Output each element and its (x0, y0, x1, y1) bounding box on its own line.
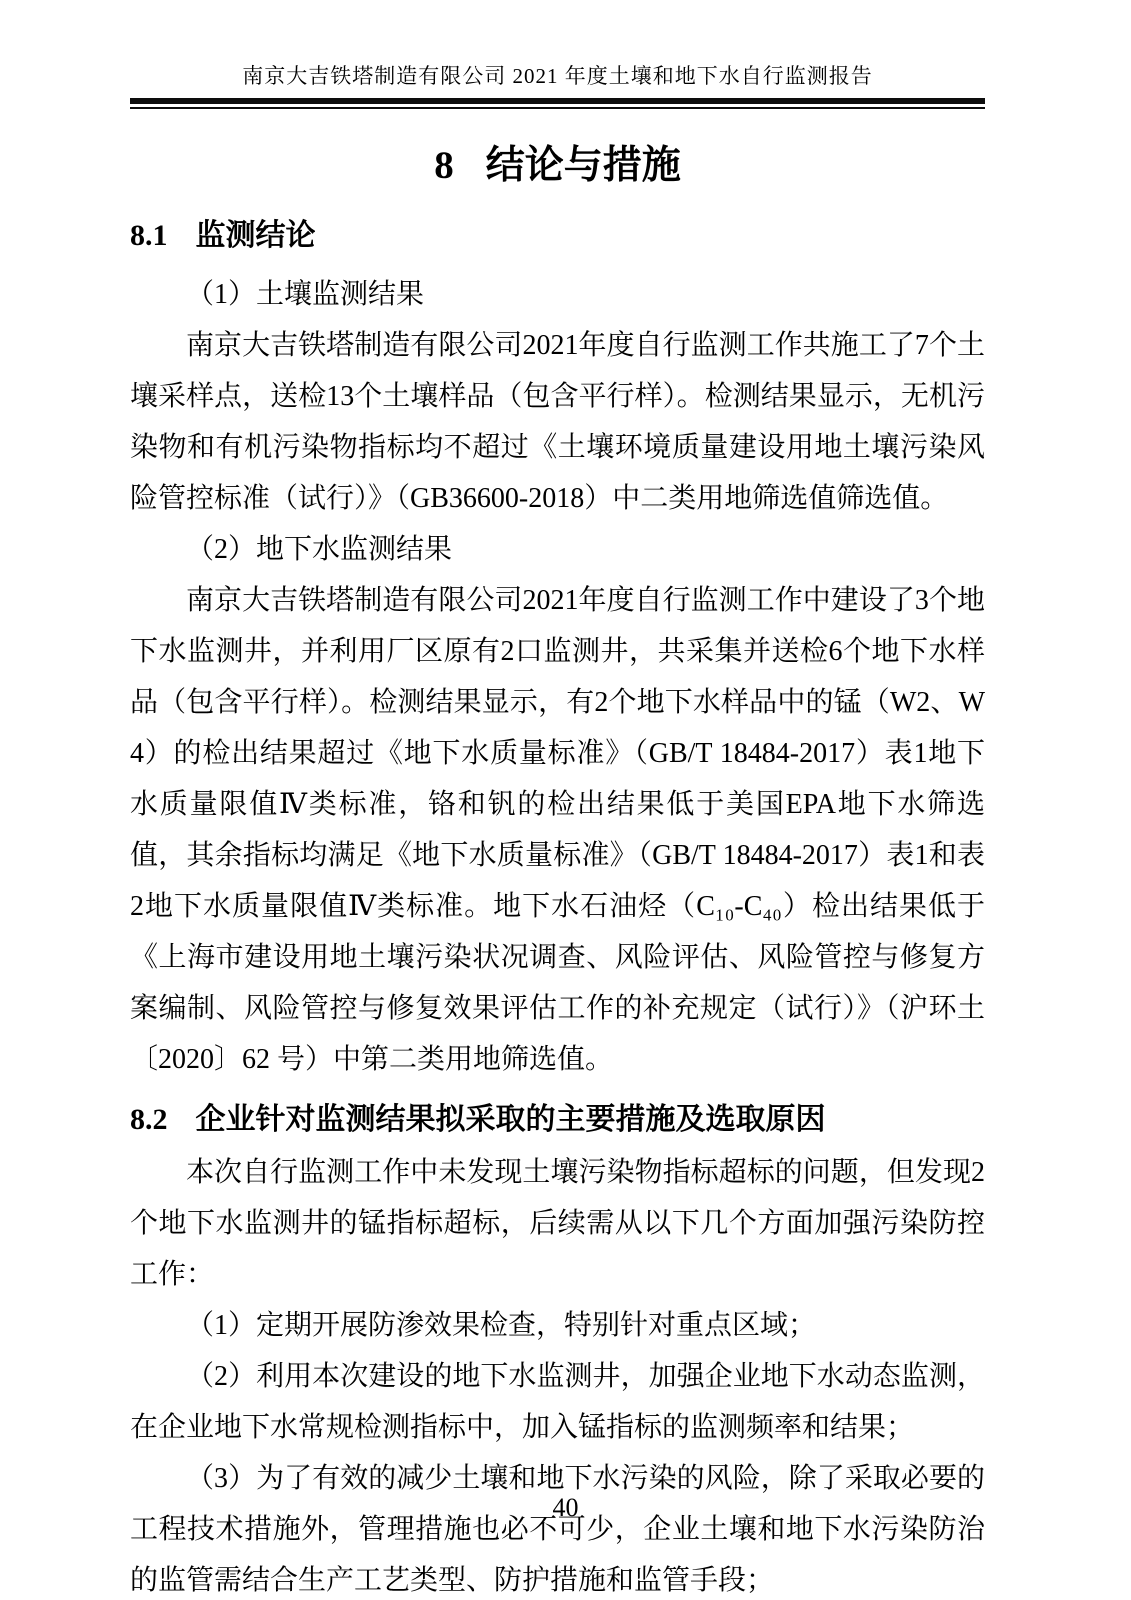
paragraph-measure-2: （2）利用本次建设的地下水监测井，加强企业地下水动态监测，在企业地下水常规检测指… (130, 1351, 985, 1453)
header-divider (130, 98, 985, 109)
page-header: 南京大吉铁塔制造有限公司 2021 年度土壤和地下水自行监测报告 (130, 62, 985, 109)
paragraph-groundwater-result-body: 南京大吉铁塔制造有限公司2021年度自行监测工作中建设了3个地下水监测井，并利用… (130, 575, 985, 1085)
paragraph-measure-3: （3）为了有效的减少土壤和地下水污染的风险，除了采取必要的工程技术措施外，管理措… (130, 1453, 985, 1600)
paragraph-soil-result-label: （1）土壤监测结果 (130, 269, 985, 320)
page-number: 40 (0, 1492, 1131, 1524)
paragraph-measures-intro: 本次自行监测工作中未发现土壤污染物指标超标的问题，但发现2个地下水监测井的锰指标… (130, 1147, 985, 1300)
header-title: 南京大吉铁塔制造有限公司 2021 年度土壤和地下水自行监测报告 (130, 62, 985, 90)
paragraph-measure-1: （1）定期开展防渗效果检查，特别针对重点区域； (130, 1300, 985, 1351)
chapter-title: 8结论与措施 (130, 141, 985, 191)
paragraph-soil-result-body: 南京大吉铁塔制造有限公司2021年度自行监测工作共施工了7个土壤采样点，送检13… (130, 320, 985, 524)
section-heading-8-1: 8.1监测结论 (130, 215, 985, 257)
chapter-title-text: 结论与措施 (486, 144, 681, 187)
section-number: 8.1 (130, 219, 168, 252)
document-page: 南京大吉铁塔制造有限公司 2021 年度土壤和地下水自行监测报告 8结论与措施 … (0, 0, 1131, 1600)
chapter-number: 8 (434, 144, 454, 187)
section-number: 8.2 (130, 1103, 168, 1136)
paragraph-groundwater-result-label: （2）地下水监测结果 (130, 524, 985, 575)
section-heading-text: 企业针对监测结果拟采取的主要措施及选取原因 (196, 1103, 826, 1136)
header-divider-thin-line (130, 107, 985, 109)
section-heading-text: 监测结论 (196, 219, 316, 252)
section-heading-8-2: 8.2企业针对监测结果拟采取的主要措施及选取原因 (130, 1099, 985, 1141)
